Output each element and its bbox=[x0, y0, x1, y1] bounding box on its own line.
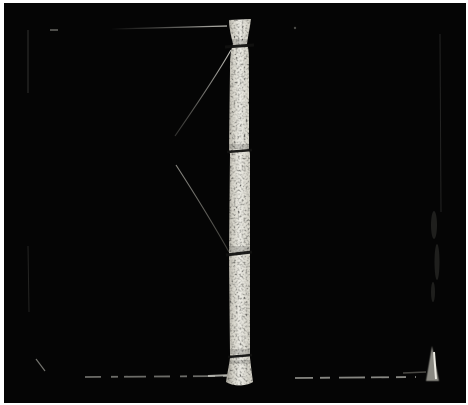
smudge bbox=[431, 282, 435, 302]
book-spine bbox=[226, 19, 253, 385]
smudge bbox=[435, 244, 440, 280]
binding-tie-1 bbox=[225, 45, 254, 47]
photo-frame bbox=[0, 0, 468, 405]
smudge bbox=[431, 211, 437, 239]
spine-paper-strip bbox=[226, 19, 253, 385]
folded-corner-streak bbox=[403, 372, 426, 373]
shade bbox=[229, 360, 250, 364]
shade bbox=[229, 144, 250, 149]
book-photograph bbox=[0, 0, 468, 405]
shade bbox=[230, 39, 250, 44]
shade bbox=[229, 349, 250, 354]
dust-speck bbox=[294, 27, 296, 29]
